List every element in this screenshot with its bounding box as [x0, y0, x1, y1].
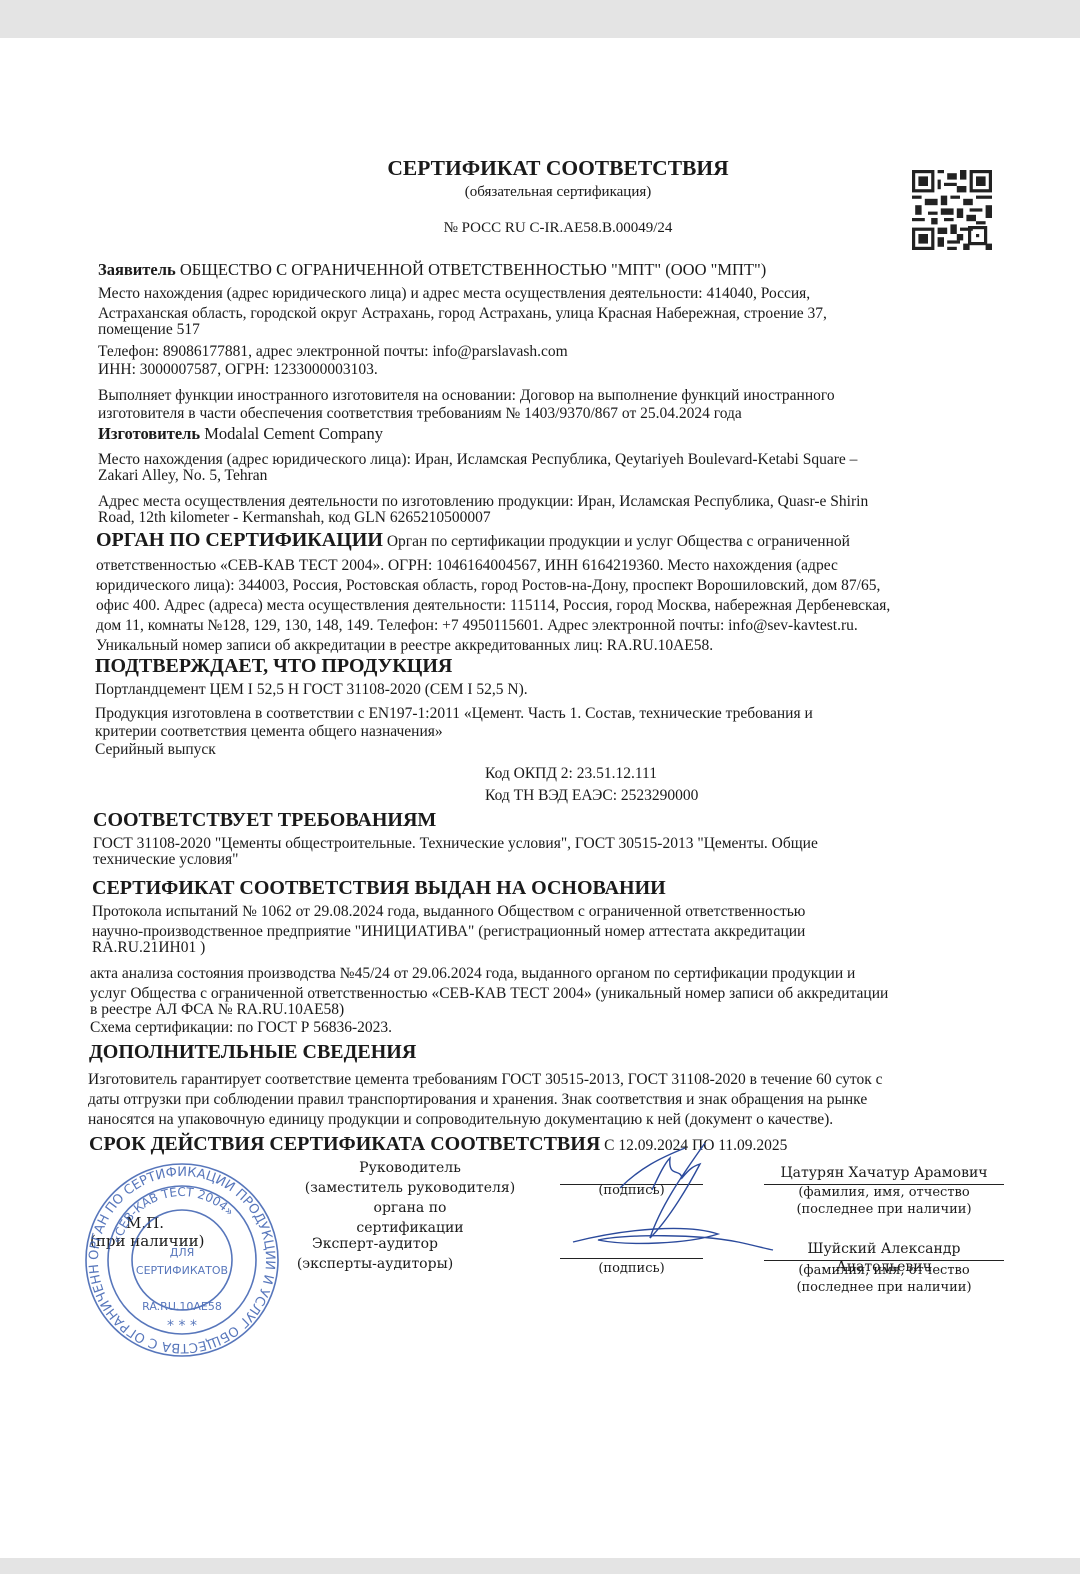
additional-line-1: Изготовитель гарантирует соответствие це… [88, 1070, 883, 1090]
qr-code-icon [912, 170, 992, 250]
expert-name-line [764, 1260, 1004, 1261]
cert-body-line-1: ответственностью «СЕВ-КАВ ТЕСТ 2004». ОГ… [96, 556, 838, 576]
product-line-3: критерии соответствия цемента общего наз… [95, 722, 443, 742]
basis-line-3: RA.RU.21ИН01 ) [92, 938, 205, 958]
manufacturer-site-2: Road, 12th kilometer - Kermanshah, код G… [98, 508, 491, 528]
applicant-label: Заявитель [98, 260, 176, 279]
head-title-line-1: Руководитель [290, 1158, 530, 1178]
expert-name-caption-1: (фамилия, имя, отчество [764, 1262, 1004, 1279]
expert-signature-caption: (подпись) [560, 1260, 703, 1278]
cert-body-line-4: дом 11, комнаты №128, 129, 130, 148, 149… [96, 616, 858, 636]
manufacturer-label: Изготовитель [98, 424, 200, 443]
applicant-ids: ИНН: 3000007587, ОГРН: 1233000003103. [98, 360, 378, 380]
head-name-caption-2: (последнее при наличии) [764, 1201, 1004, 1218]
basis-line-1: Протокола испытаний № 1062 от 29.08.2024… [92, 902, 805, 922]
applicant-address-2: Астраханская область, городской округ Ас… [98, 304, 827, 324]
tnved-code: Код ТН ВЭД ЕАЭС: 2523290000 [485, 786, 698, 806]
head-title: Руководитель (заместитель руководителя) … [290, 1158, 530, 1238]
cert-body-line-3: офис 400. Адрес (адреса) места осуществл… [96, 596, 890, 616]
applicant-basis-1: Выполняет функции иностранного изготовит… [98, 386, 835, 406]
applicant-address-1: Место нахождения (адрес юридического лиц… [98, 284, 810, 304]
expert-title: Эксперт-аудитор (эксперты-аудиторы) [290, 1234, 460, 1274]
validity-heading: СРОК ДЕЙСТВИЯ СЕРТИФИКАТА СООТВЕТСТВИЯ [89, 1133, 600, 1155]
expert-title-line-1: Эксперт-аудитор [290, 1234, 460, 1254]
head-name: Цатурян Хачатур Арамович [764, 1164, 1004, 1182]
additional-line-2: даты отгрузки при соблюдении правил тран… [88, 1090, 867, 1110]
cert-body-line: ОРГАН ПО СЕРТИФИКАЦИИ Орган по сертифика… [96, 528, 850, 552]
requirements-heading: СООТВЕТСТВУЕТ ТРЕБОВАНИЯМ [93, 808, 436, 832]
product-heading: ПОДТВЕРЖДАЕТ, ЧТО ПРОДУКЦИЯ [95, 654, 452, 678]
head-name-caption: (фамилия, имя, отчество (последнее при н… [764, 1184, 1004, 1218]
cert-body-first-line: Орган по сертификации продукции и услуг … [387, 533, 850, 550]
expert-signature-icon [568, 1220, 778, 1260]
applicant-contacts: Телефон: 89086177881, адрес электронной … [98, 342, 568, 362]
head-name-caption-1: (фамилия, имя, отчество [764, 1184, 1004, 1201]
product-line-4: Серийный выпуск [95, 740, 216, 760]
manufacturer-name: Modalal Cement Company [204, 424, 383, 443]
expert-title-line-2: (эксперты-аудиторы) [290, 1254, 460, 1274]
okpd-code: Код ОКПД 2: 23.51.12.111 [485, 764, 657, 784]
expert-name-caption-2: (последнее при наличии) [764, 1279, 1004, 1296]
basis-heading: СЕРТИФИКАТ СООТВЕТСТВИЯ ВЫДАН НА ОСНОВАН… [92, 876, 666, 900]
manufacturer-address-2: Zakari Alley, No. 5, Tehran [98, 466, 267, 486]
cert-body-line-5: Уникальный номер записи об аккредитации … [96, 636, 713, 656]
expert-name-caption: (фамилия, имя, отчество (последнее при н… [764, 1262, 1004, 1296]
applicant-basis-2: изготовителя в части обеспечения соответ… [98, 404, 742, 424]
cert-body-line-2: юридического лица): 344003, Россия, Рост… [96, 576, 880, 596]
applicant-name: ОБЩЕСТВО С ОГРАНИЧЕННОЙ ОТВЕТСТВЕННОСТЬЮ… [180, 260, 766, 279]
head-title-line-2: (заместитель руководителя) органа по [290, 1178, 530, 1218]
svg-text:СЕРТИФИКАТОВ: СЕРТИФИКАТОВ [136, 1264, 228, 1277]
applicant-address-3: помещение 517 [98, 320, 200, 340]
basis-line-7: Схема сертификации: по ГОСТ Р 56836-2023… [90, 1018, 392, 1038]
svg-text:RA.RU.10AE58: RA.RU.10AE58 [142, 1300, 222, 1313]
product-line-2: Продукция изготовлена в соответствии с E… [95, 704, 813, 724]
additional-heading: ДОПОЛНИТЕЛЬНЫЕ СВЕДЕНИЯ [89, 1040, 416, 1064]
manufacturer-line: Изготовитель Modalal Cement Company [98, 424, 383, 444]
svg-text:* * *: * * * [167, 1318, 197, 1334]
certificate-page: СЕРТИФИКАТ СООТВЕТСТВИЯ (обязательная се… [0, 38, 1080, 1558]
basis-line-4: акта анализа состояния производства №45/… [90, 964, 855, 984]
svg-text:ДЛЯ: ДЛЯ [170, 1246, 195, 1259]
requirements-line-2: технические условия" [93, 850, 239, 870]
basis-line-6: в реестре АЛ ФСА № RA.RU.10AE58) [90, 1000, 344, 1020]
applicant-line: Заявитель ОБЩЕСТВО С ОГРАНИЧЕННОЙ ОТВЕТС… [98, 260, 766, 280]
cert-body-heading: ОРГАН ПО СЕРТИФИКАЦИИ [96, 529, 383, 551]
product-line-1: Портландцемент ЦЕМ I 52,5 Н ГОСТ 31108-2… [95, 680, 528, 700]
certification-stamp-icon: ОРГАН ПО СЕРТИФИКАЦИИ ПРОДУКЦИИ И УСЛУГ … [82, 1160, 282, 1360]
additional-line-3: наносятся на упаковочную единицу продукц… [88, 1110, 833, 1130]
